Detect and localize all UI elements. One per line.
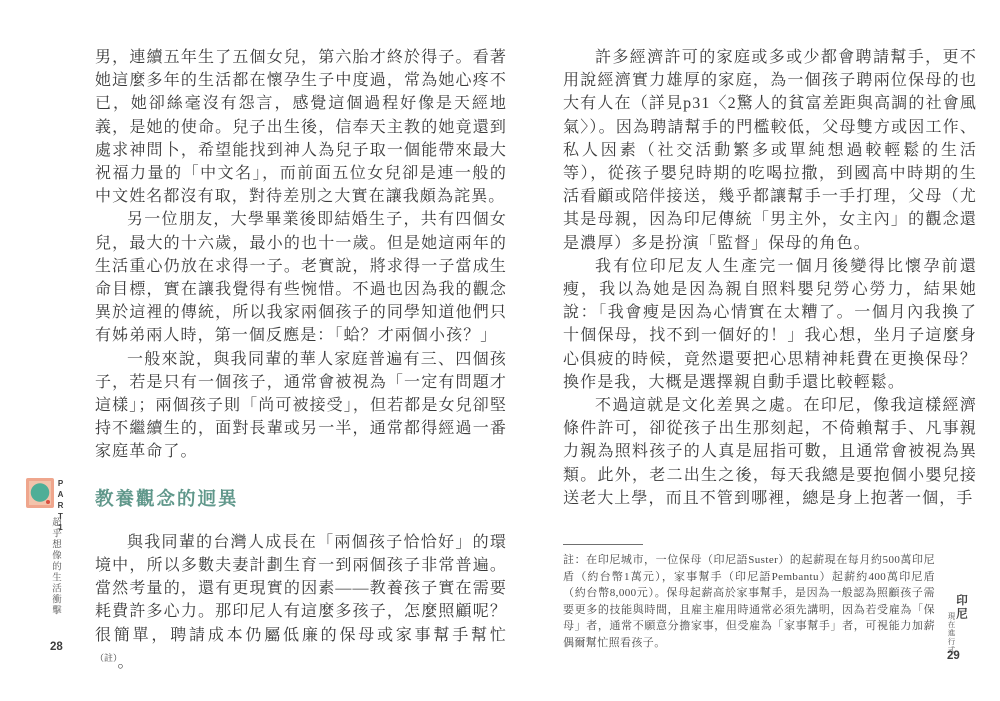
section-paragraph-text: 與我同輩的台灣人成長在「兩個孩子恰恰好」的環境中，所以多數夫妻計劃生育一到兩個孩… <box>95 534 507 644</box>
right-paragraph-group: 許多經濟許可的家庭或多或少都會聘請幫手，更不用說經濟實力雄厚的家庭，為一個孩子聘… <box>563 46 977 510</box>
paragraph: 男，連續五年生了五個女兒，第六胎才終於得子。看著她這麼多年的生活都在懷孕生子中度… <box>95 46 507 208</box>
footnote-marker: （註） <box>95 653 118 663</box>
page-number-left: 28 <box>50 641 63 653</box>
paragraph: 另一位朋友，大學畢業後即結婚生子，共有四個女兒，最大的十六歲，最小的也十一歲。但… <box>95 208 507 347</box>
book-spread: PART1 超乎想像的生活衝擊 28 男，連續五年生了五個女兒，第六胎才終於得子… <box>0 0 1000 701</box>
chapter-margin-subtitle: 現在進行式 <box>946 612 957 655</box>
right-text-column: 許多經濟許可的家庭或多或少都會聘請幫手，更不用說經濟實力雄厚的家庭，為一個孩子聘… <box>563 46 977 652</box>
paragraph: 一般來說，與我同輩的華人家庭普遍有三、四個孩子，若是只有一個孩子，通常會被視為「… <box>95 348 507 464</box>
paragraph: 我有位印尼友人生產完一個月後變得比懷孕前還瘦，我以為她是因為親自照料嬰兒勞心勞力… <box>563 255 977 394</box>
footnote: 註：在印尼城市，一位保母（印尼語Suster）的起薪現在每月約500萬印尼盾（約… <box>563 544 977 652</box>
footnote-text: 註：在印尼城市，一位保母（印尼語Suster）的起薪現在每月約500萬印尼盾（約… <box>563 552 935 652</box>
batik-stamp-icon <box>26 478 54 508</box>
left-text-column: 男，連續五年生了五個女兒，第六胎才終於得子。看著她這麼多年的生活都在懷孕生子中度… <box>95 46 507 674</box>
page-number-right: 29 <box>947 650 960 662</box>
left-paragraph-group: 男，連續五年生了五個女兒，第六胎才終於得子。看著她這麼多年的生活都在懷孕生子中度… <box>95 46 507 464</box>
section-paragraph: 與我同輩的台灣人成長在「兩個孩子恰恰好」的環境中，所以多數夫妻計劃生育一到兩個孩… <box>95 531 507 674</box>
paragraph: 許多經濟許可的家庭或多或少都會聘請幫手，更不用說經濟實力雄厚的家庭，為一個孩子聘… <box>563 46 977 255</box>
section-heading: 教養觀念的迥異 <box>95 489 507 512</box>
section-paragraph-period: 。 <box>118 654 135 671</box>
footnote-divider <box>563 544 643 545</box>
paragraph: 不過這就是文化差異之處。在印尼，像我這樣經濟條件許可，卻從孩子出生那刻起，不倚賴… <box>563 394 977 510</box>
part-title: 超乎想像的生活衝擊 <box>48 517 62 616</box>
